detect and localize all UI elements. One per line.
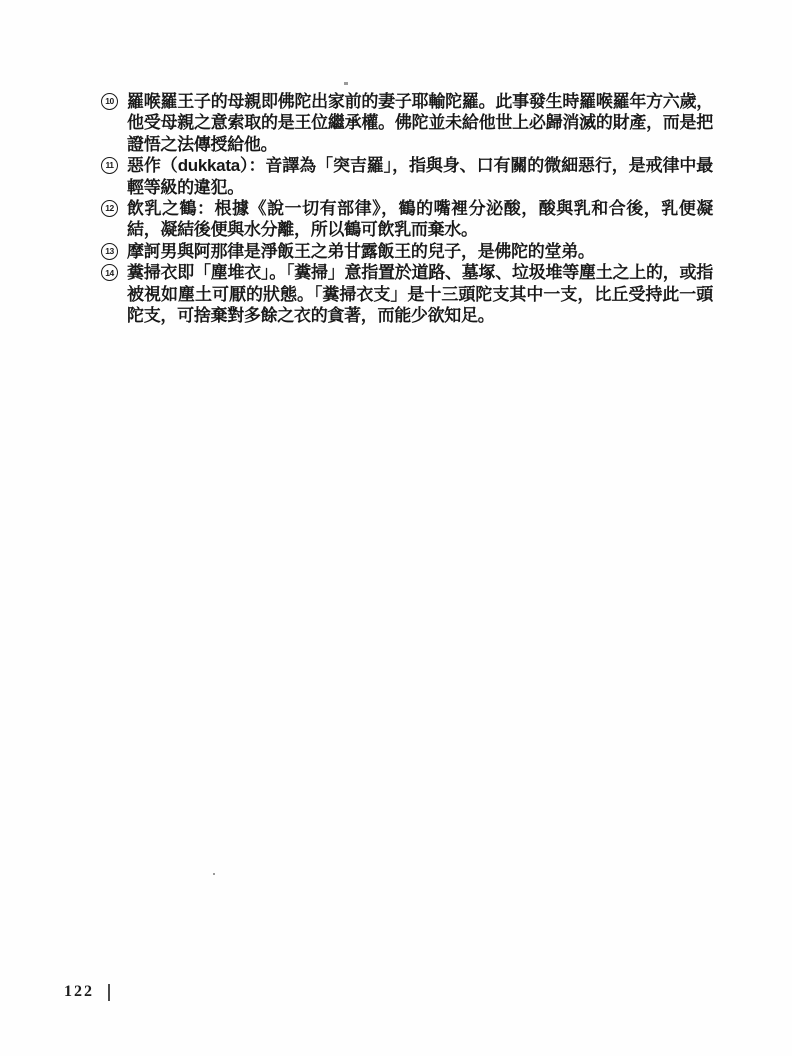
endnote-number-circle: 14 bbox=[101, 264, 118, 281]
scan-speck bbox=[213, 873, 215, 875]
endnote-text: 羅喉羅王子的母親即佛陀出家前的妻子耶輸陀羅。此事發生時羅喉羅年方六歲，他受母親之… bbox=[127, 91, 713, 155]
endnotes-list: 10 羅喉羅王子的母親即佛陀出家前的妻子耶輸陀羅。此事發生時羅喉羅年方六歲，他受… bbox=[101, 91, 713, 326]
page-number-divider bbox=[108, 984, 110, 1001]
endnote-text: 摩訶男與阿那律是淨飯王之弟甘露飯王的兒子，是佛陀的堂弟。 bbox=[127, 241, 713, 262]
endnote-text: 糞掃衣即「塵堆衣」。「糞掃」意指置於道路、墓塚、垃圾堆等塵土之上的，或指被視如塵… bbox=[127, 262, 713, 326]
page-number: 122 bbox=[64, 983, 94, 1001]
page-footer: 122 bbox=[64, 983, 110, 1001]
endnote-text: 惡作（dukkata）：音譯為「突吉羅」，指與身、口有關的微細惡行，是戒律中最輕… bbox=[127, 155, 713, 198]
endnote-text: 飲乳之鶴：根據《說一切有部律》，鶴的嘴裡分泌酸，酸與乳和合後，乳便凝結，凝結後便… bbox=[127, 198, 713, 241]
endnote-number-circle: 13 bbox=[101, 243, 118, 260]
document-page: 10 羅喉羅王子的母親即佛陀出家前的妻子耶輸陀羅。此事發生時羅喉羅年方六歲，他受… bbox=[0, 0, 792, 1056]
endnote-item: 11 惡作（dukkata）：音譯為「突吉羅」，指與身、口有關的微細惡行，是戒律… bbox=[101, 155, 713, 198]
endnote-item: 12 飲乳之鶴：根據《說一切有部律》，鶴的嘴裡分泌酸，酸與乳和合後，乳便凝結，凝… bbox=[101, 198, 713, 241]
endnote-number-circle: 11 bbox=[101, 157, 118, 174]
endnote-number-circle: 12 bbox=[101, 200, 118, 217]
endnote-number-circle: 10 bbox=[101, 93, 118, 110]
scan-speck bbox=[344, 82, 348, 85]
endnote-item: 13 摩訶男與阿那律是淨飯王之弟甘露飯王的兒子，是佛陀的堂弟。 bbox=[101, 241, 713, 262]
endnote-item: 10 羅喉羅王子的母親即佛陀出家前的妻子耶輸陀羅。此事發生時羅喉羅年方六歲，他受… bbox=[101, 91, 713, 155]
endnote-item: 14 糞掃衣即「塵堆衣」。「糞掃」意指置於道路、墓塚、垃圾堆等塵土之上的，或指被… bbox=[101, 262, 713, 326]
